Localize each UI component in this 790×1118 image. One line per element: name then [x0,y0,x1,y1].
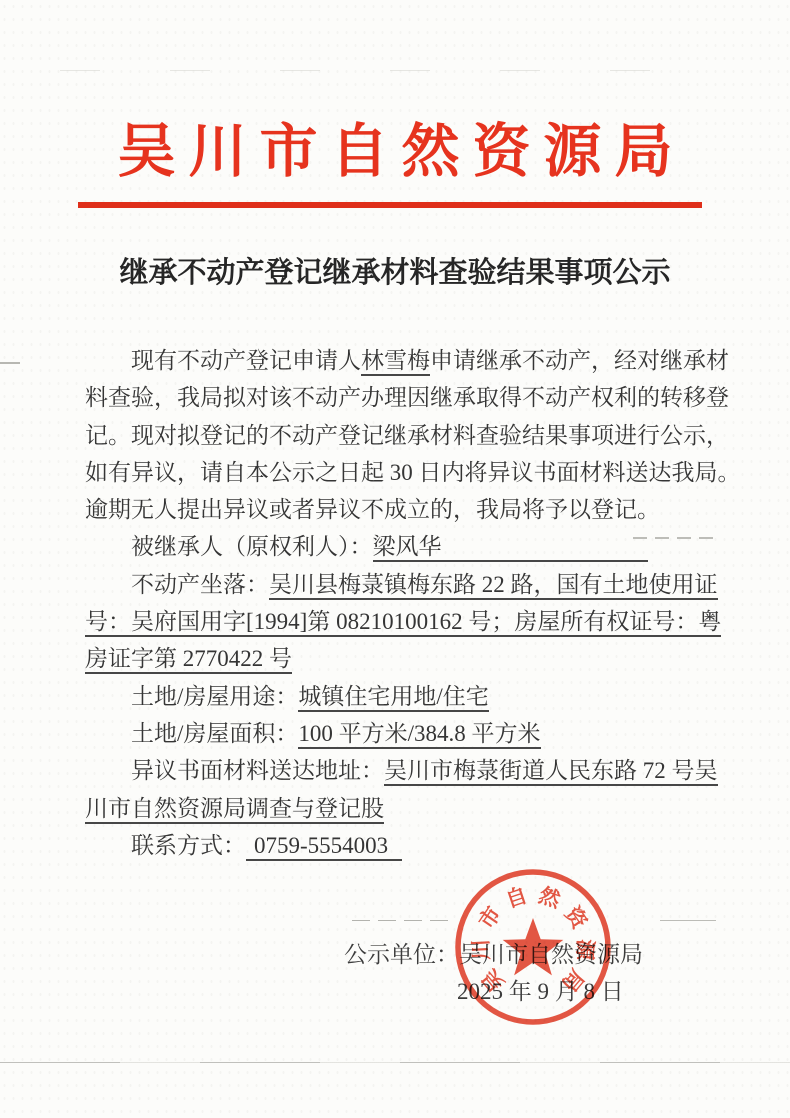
notice-date: 2025 年 9 月 8 日 [457,973,624,1006]
body-line: 记。现对拟登记的不动产登记继承材料查验结果事项进行公示， [85,417,709,454]
field-value: 川市自然资源局调查与登记股 [85,796,384,824]
text-segment: 不动产坐落： [131,572,269,597]
field-value: 梁风华 [373,534,648,562]
body-line: 房证字第 2770422 号 [85,640,709,677]
body-line: 如有异议，请自本公示之日起 30 日内将异议书面材料送达我局。 [85,454,709,491]
field-value: 林雪梅 [361,348,430,376]
scan-artifact [660,920,716,921]
body-line: 不动产坐落：吴川县梅菉镇梅东路 22 路，国有土地使用证 [85,566,709,603]
body-line: 号：吴府国用字[1994]第 08210100162 号；房屋所有权证号：粤 [85,603,709,640]
field-value: 100 平方米/384.8 平方米 [298,721,540,749]
text-segment: 逾期无人提出异议或者异议不成立的，我局将予以登记。 [85,497,660,522]
notice-body: 现有不动产登记申请人林雪梅申请继承不动产，经对继承材料查验，我局拟对该不动产办理… [85,342,709,864]
seal-char: 市 [474,902,506,933]
body-line: 逾期无人提出异议或者异议不成立的，我局将予以登记。 [85,491,709,528]
body-line: 被继承人（原权利人）：梁风华 [85,528,709,565]
publisher-line: 公示单位：吴川市自然资源局 [344,936,643,969]
body-line: 现有不动产登记申请人林雪梅申请继承不动产，经对继承材 [85,342,709,379]
scan-artifact [60,70,680,71]
body-line: 联系方式：0759-5554003 [85,827,709,864]
scan-artifact [352,920,452,921]
text-segment: 申请继承不动产，经对继承材 [430,348,729,373]
text-segment: 记。现对拟登记的不动产登记继承材料查验结果事项进行公示， [85,423,729,448]
field-value: 号：吴府国用字[1994]第 08210100162 号；房屋所有权证号：粤 [85,609,721,637]
text-segment: 土地/房屋用途： [131,684,298,709]
body-line: 川市自然资源局调查与登记股 [85,790,709,827]
text-segment: 异议书面材料送达地址： [131,758,384,783]
notice-title: 继承不动产登记继承材料查验结果事项公示 [0,250,790,291]
seal-char: 资 [560,902,592,934]
publisher-label: 公示单位： [344,942,459,967]
seal-char: 自 [503,883,531,912]
text-segment: 联系方式： [131,833,246,858]
scan-artifact [0,1062,790,1063]
text-segment: 料查验，我局拟对该不动产办理因继承取得不动产权利的转移登 [85,385,729,410]
letterhead-divider-rule [78,202,702,208]
text-segment: 被继承人（原权利人）： [131,534,373,559]
scan-artifact [0,362,20,364]
body-line: 异议书面材料送达地址：吴川市梅菉街道人民东路 72 号吴 [85,752,709,789]
body-line: 料查验，我局拟对该不动产办理因继承取得不动产权利的转移登 [85,379,709,416]
text-segment: 土地/房屋面积： [131,721,298,746]
body-line: 土地/房屋面积：100 平方米/384.8 平方米 [85,715,709,752]
field-value: 吴川市梅菉街道人民东路 72 号吴 [384,758,718,786]
scanned-notice-page: 吴川市自然资源局 继承不动产登记继承材料查验结果事项公示 现有不动产登记申请人林… [0,0,790,1118]
text-segment: 如有异议，请自本公示之日起 30 日内将异议书面材料送达我局。 [85,460,741,485]
agency-letterhead-title: 吴川市自然资源局 [0,104,790,188]
text-segment: 现有不动产登记申请人 [131,348,361,373]
seal-char: 然 [536,883,564,913]
field-value: 0759-5554003 [246,833,402,861]
body-line: 土地/房屋用途：城镇住宅用地/住宅 [85,678,709,715]
publisher-name: 吴川市自然资源局 [459,942,643,967]
field-value: 房证字第 2770422 号 [85,646,292,674]
field-value: 吴川县梅菉镇梅东路 22 路，国有土地使用证 [269,572,718,600]
field-value: 城镇住宅用地/住宅 [298,684,488,712]
